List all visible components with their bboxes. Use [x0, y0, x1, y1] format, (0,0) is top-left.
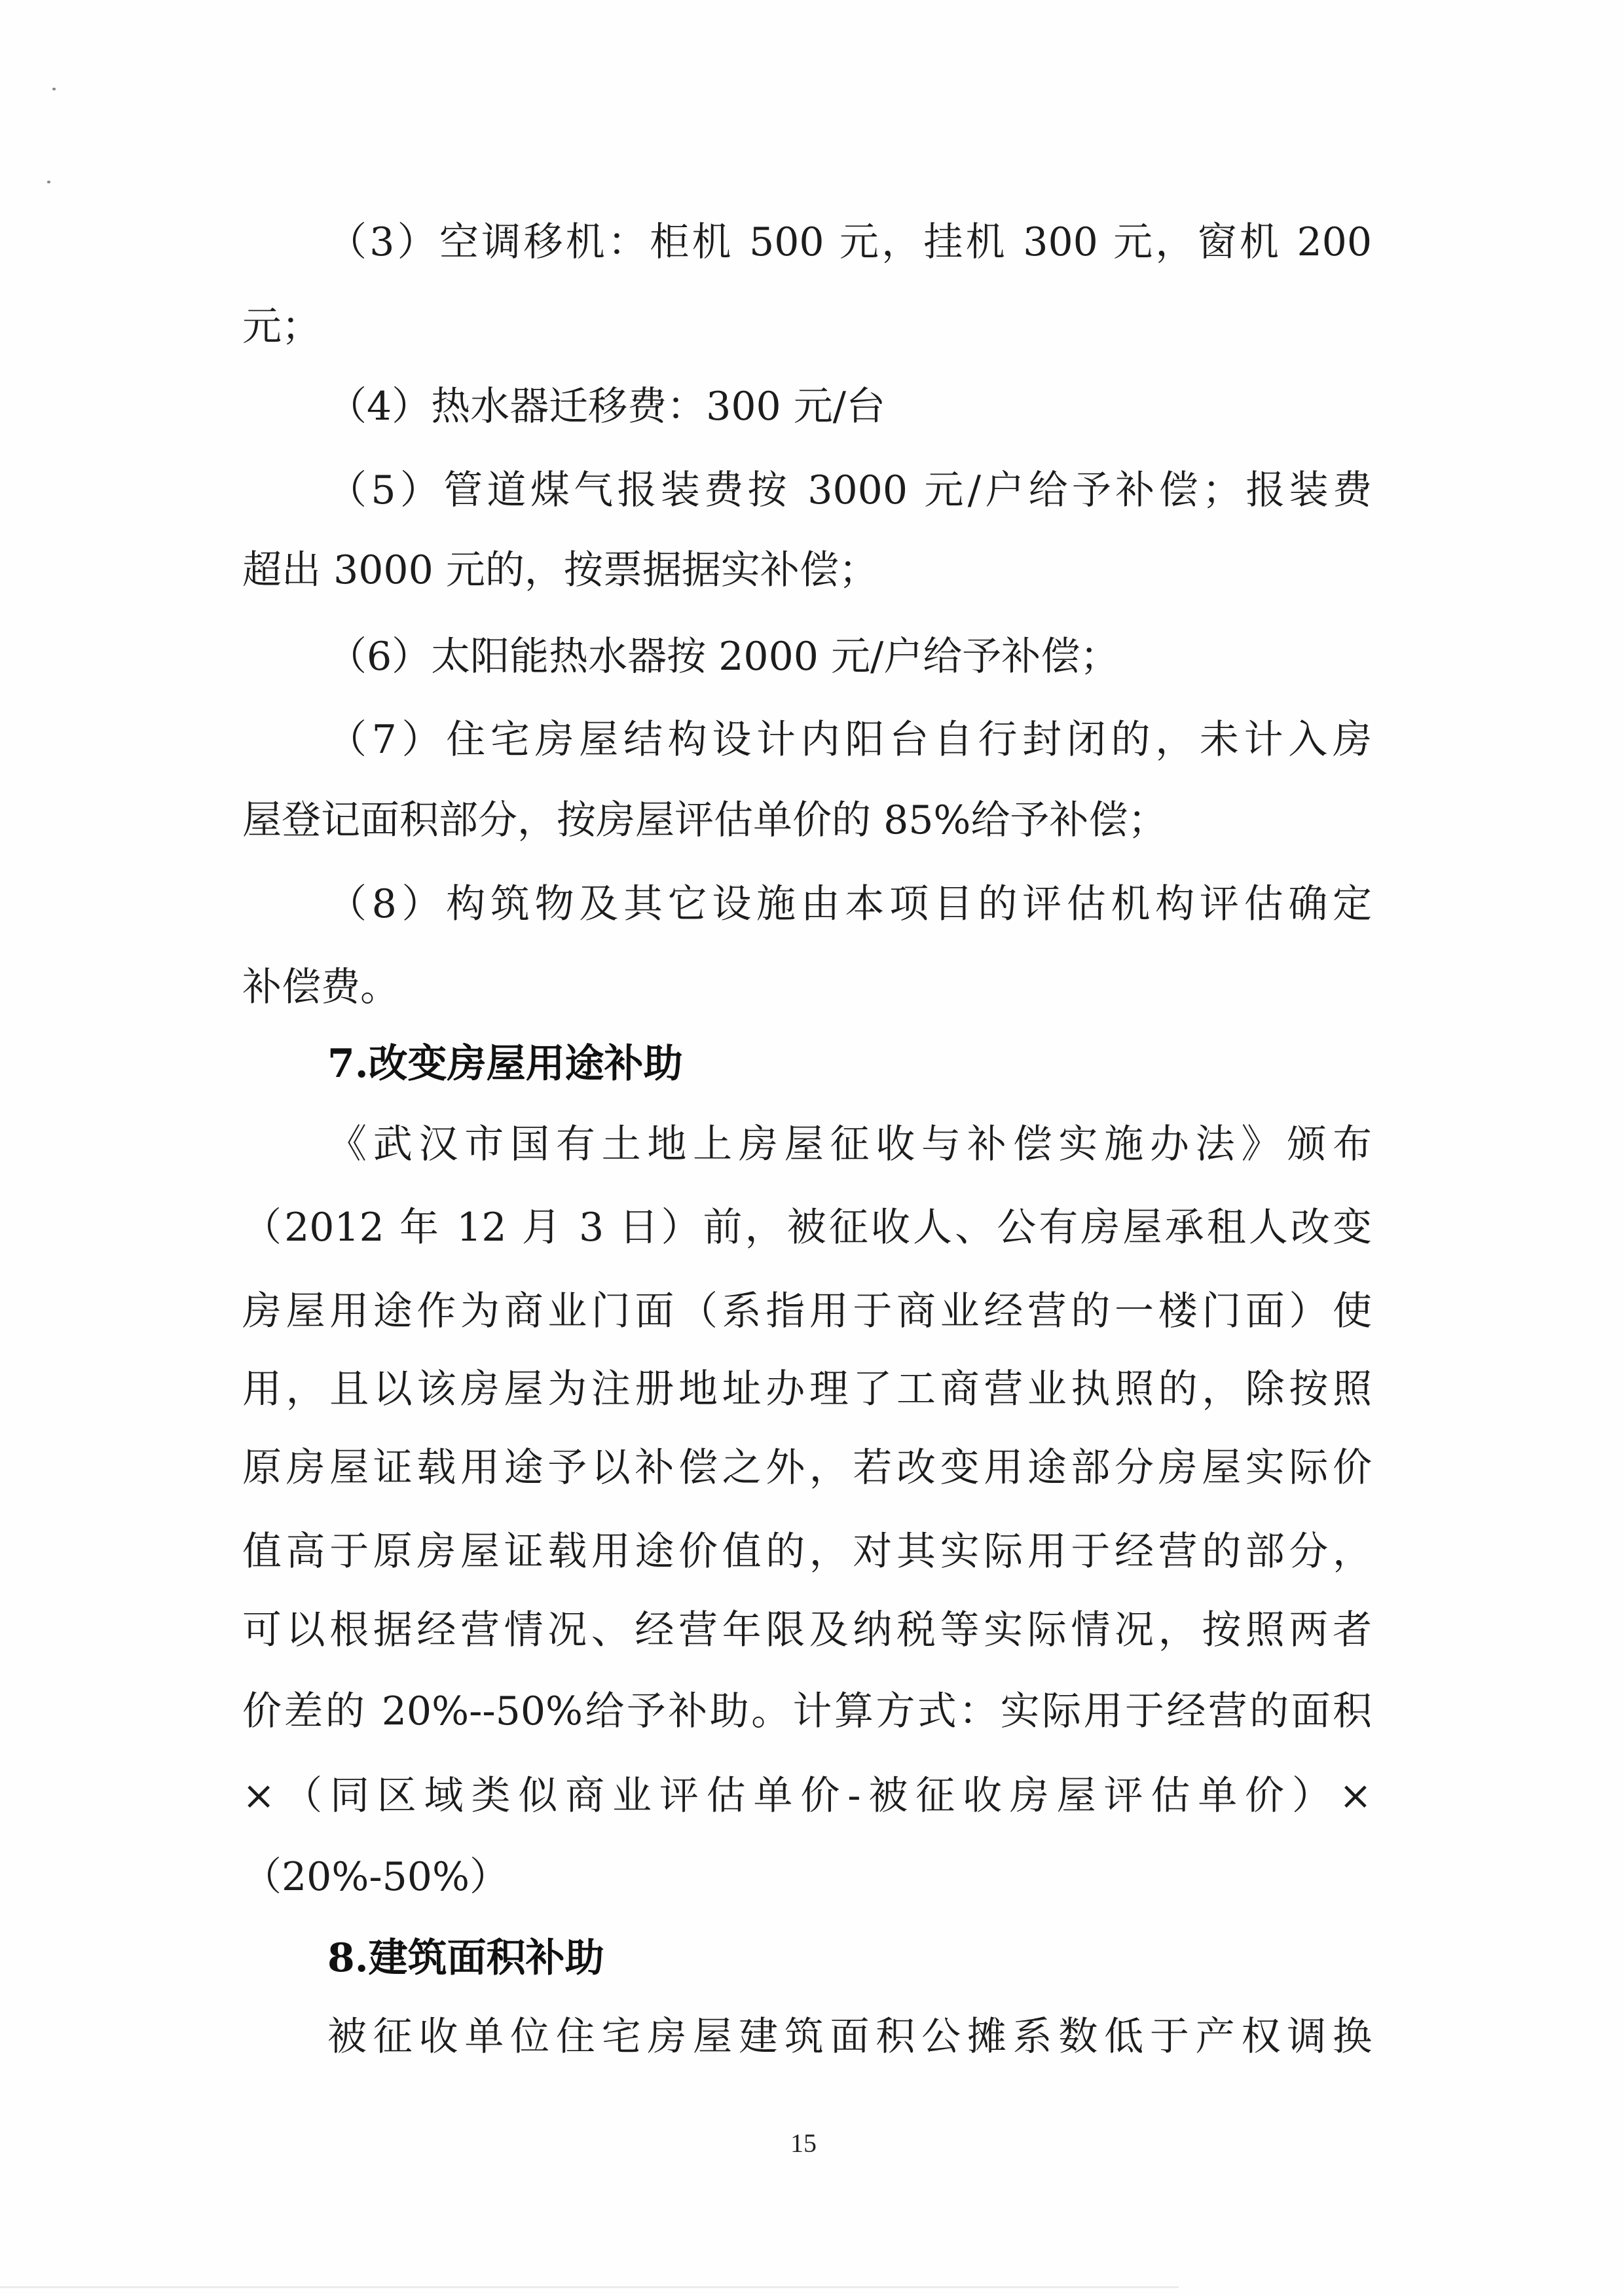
list-item-5: （5）管道煤气报装费按 3000 元/户给予补偿；报装费 — [327, 464, 1372, 517]
paragraph-line: 原房屋证载用途予以补偿之外，若改变用途部分房屋实际价 — [242, 1442, 1372, 1494]
paragraph-line: 可以根据经营情况、经营年限及纳税等实际情况，按照两者 — [242, 1604, 1372, 1656]
paragraph-line: 房屋用途作为商业门面（系指用于商业经营的一楼门面）使 — [242, 1285, 1372, 1338]
paragraph-line: 值高于原房屋证载用途价值的，对其实际用于经营的部分， — [242, 1525, 1372, 1578]
paragraph-line: （2012 年 12 月 3 日）前，被征收人、公有房屋承租人改变 — [242, 1201, 1372, 1254]
list-item-6: （6）太阳能热水器按 2000 元/户给予补偿； — [327, 630, 1119, 683]
paragraph-line: 被征收单位住宅房屋建筑面积公摊系数低于产权调换 — [327, 2011, 1372, 2063]
paragraph-line: ×（同区域类似商业评估单价-被征收房屋评估单价）× — [242, 1770, 1372, 1822]
paragraph-line: 用，且以该房屋为注册地址办理了工商营业执照的，除按照 — [242, 1363, 1372, 1415]
list-item-5-continuation: 超出 3000 元的，按票据据实补偿； — [242, 544, 878, 596]
paragraph-line: 价差的 20%--50%给予补助。计算方式：实际用于经营的面积 — [242, 1685, 1372, 1738]
list-item-3-continuation: 元； — [242, 301, 321, 353]
list-item-8: （8）构筑物及其它设施由本项目的评估机构评估确定 — [327, 878, 1372, 930]
list-item-7-continuation: 屋登记面积部分，按房屋评估单价的 85%给予补偿； — [242, 794, 1167, 847]
list-item-8-continuation: 补偿费。 — [242, 961, 399, 1013]
scan-speck — [47, 181, 50, 183]
paragraph-line: （20%-50%） — [242, 1851, 509, 1903]
list-item-4: （4）热水器迁移费：300 元/台 — [327, 380, 885, 433]
scan-edge — [0, 2286, 1179, 2288]
document-page: （3）空调移机：柜机 500 元，挂机 300 元，窗机 200 元； （4）热… — [0, 0, 1624, 2296]
list-item-3: （3）空调移机：柜机 500 元，挂机 300 元，窗机 200 — [327, 216, 1372, 268]
paragraph-line: 《武汉市国有土地上房屋征收与补偿实施办法》颁布 — [327, 1118, 1372, 1171]
scan-speck — [52, 88, 56, 90]
list-item-7: （7）住宅房屋结构设计内阳台自行封闭的，未计入房 — [327, 714, 1372, 766]
section-heading-8: 8.建筑面积补助 — [327, 1932, 604, 1984]
page-number: 15 — [783, 2129, 824, 2158]
section-heading-7: 7.改变房屋用途补助 — [327, 1038, 683, 1090]
